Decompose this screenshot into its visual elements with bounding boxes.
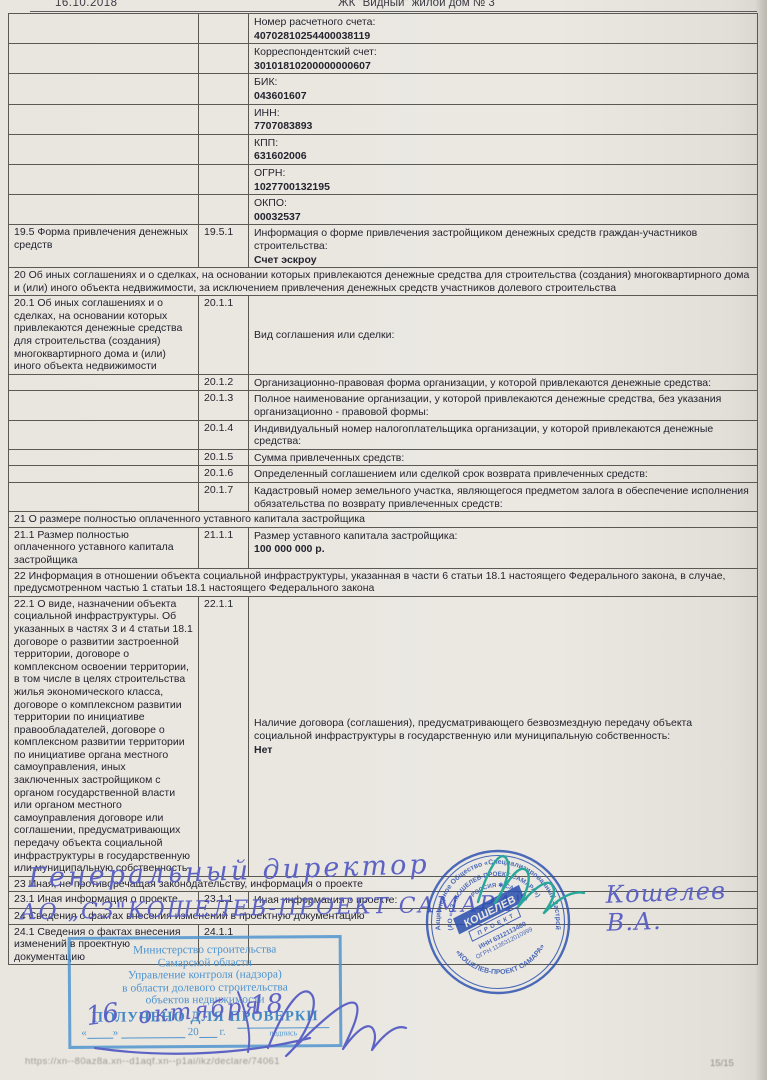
table-row: 20.1.4Индивидуальный номер налогоплатель… [9, 420, 758, 449]
header-date: 16.10.2018 [55, 0, 118, 9]
row-number-cell: 20.1.3 [199, 391, 249, 420]
row-number-cell: 22.1.1 [199, 596, 249, 876]
row-number-cell: 20.1.1 [199, 296, 249, 375]
row-title-cell [9, 195, 199, 225]
row-content-cell: Определенный соглашением или сделкой сро… [249, 466, 758, 483]
row-content-cell: БИК:043601607 [249, 74, 758, 104]
row-number-cell [199, 14, 249, 44]
row-content-cell: ОГРН:1027700132195 [249, 164, 758, 194]
document-page: { "colors":{ "paper":"#eae7e1","line":"#… [0, 0, 767, 1080]
row-content-cell: Вид соглашения или сделки: [249, 296, 758, 375]
field-label: ОГРН: [254, 167, 752, 180]
field-label: Наличие договора (соглашения), предусмат… [254, 717, 752, 742]
field-label: Информация о форме привлечения застройщи… [254, 227, 752, 252]
table-row: Номер расчетного счета:40702810254400038… [9, 14, 758, 44]
row-content-cell: Сумма привлеченных средств: [249, 449, 758, 466]
signature-caption: подпись [269, 1028, 297, 1037]
table-row: 20.1.6Определенный соглашением или сделк… [9, 466, 758, 483]
table-row: ИНН:7707083893 [9, 104, 758, 134]
row-number-cell [199, 195, 249, 225]
row-number-cell: 20.1.4 [199, 420, 249, 449]
field-label: Корреспондентский счет: [254, 46, 752, 59]
row-title-cell [9, 391, 199, 420]
field-value: 631602006 [254, 150, 752, 163]
row-content-cell: Полное наименование организации, у котор… [249, 391, 758, 420]
table-row: 21.1 Размер полностью оплаченного уставн… [9, 527, 758, 568]
row-number-cell: 20.1.7 [199, 483, 249, 512]
handwritten-day: 16 [84, 998, 121, 1032]
field-value: Нет [254, 744, 752, 757]
field-value: 40702810254400038119 [254, 30, 752, 43]
handwritten-year: 18 [249, 989, 284, 1021]
row-number-cell: 19.5.1 [199, 225, 249, 268]
row-content-cell: ИНН:7707083893 [249, 104, 758, 134]
row-title-cell [9, 466, 199, 483]
section-header-cell: 20 Об иных соглашениях и о сделках, на о… [9, 268, 758, 296]
row-content-cell: Индивидуальный номер налогоплательщика о… [249, 420, 758, 449]
section-header-cell: 22 Информация в отношении объекта социал… [9, 568, 758, 596]
ministry-received-stamp: Министерство строительства Самарской обл… [68, 935, 343, 1049]
declaration-table-body: Номер расчетного счета:40702810254400038… [9, 14, 758, 965]
row-title-cell: 20.1 Об иных соглашениях и о сделках, на… [9, 296, 199, 375]
row-content-cell: Корреспондентский счет:30101810200000000… [249, 44, 758, 74]
row-title-cell [9, 74, 199, 104]
field-label: Определенный соглашением или сделкой сро… [254, 468, 752, 481]
section-row: 20 Об иных соглашениях и о сделках, на о… [9, 268, 758, 296]
row-title-cell [9, 420, 199, 449]
field-value: 7707083893 [254, 120, 752, 133]
row-title-cell [9, 14, 199, 44]
table-row: 20.1.3Полное наименование организации, у… [9, 391, 758, 420]
row-title-cell [9, 374, 199, 391]
field-label: Индивидуальный номер налогоплательщика о… [254, 423, 752, 448]
table-row: БИК:043601607 [9, 74, 758, 104]
row-content-cell: ОКПО:00032537 [249, 195, 758, 225]
row-number-cell [199, 104, 249, 134]
year-century: 20 [188, 1026, 199, 1038]
row-title-cell: 21.1 Размер полностью оплаченного уставн… [9, 527, 199, 568]
section-header-cell: 21 О размере полностью оплаченного устав… [9, 512, 758, 528]
section-row: 22 Информация в отношении объекта социал… [9, 568, 758, 596]
table-row: 20.1.5Сумма привлеченных средств: [9, 449, 758, 466]
row-number-cell: 20.1.6 [199, 466, 249, 483]
field-value: 00032537 [254, 211, 752, 224]
row-content-cell: КПП:631602006 [249, 134, 758, 164]
table-row: 20.1 Об иных соглашениях и о сделках, на… [9, 296, 758, 375]
row-title-cell [9, 449, 199, 466]
header-rule [30, 11, 757, 12]
declaration-table: Номер расчетного счета:40702810254400038… [8, 13, 758, 965]
row-number-cell [199, 74, 249, 104]
row-number-cell [199, 164, 249, 194]
footer-url: https://xn--80az8a.xn--d1aqf.xn--p1ai/ik… [25, 1056, 280, 1067]
handwritten-signer-name: Кошелев В.А. [605, 875, 767, 937]
table-row: 22.1 О виде, назначении объекта социальн… [9, 596, 758, 876]
field-label: Номер расчетного счета: [254, 16, 752, 29]
field-label: Размер уставного капитала застройщика: [254, 530, 752, 543]
field-value: Счет эскроу [254, 254, 752, 267]
field-value: 1027700132195 [254, 181, 752, 194]
section-row: 21 О размере полностью оплаченного устав… [9, 512, 758, 528]
field-label: Полное наименование организации, у котор… [254, 393, 752, 418]
table-row: 19.5 Форма привлечения денежных средств1… [9, 225, 758, 268]
field-value: 043601607 [254, 90, 752, 103]
field-label: Вид соглашения или сделки: [254, 329, 752, 342]
row-title-cell [9, 164, 199, 194]
field-value: 30101810200000000607 [254, 60, 752, 73]
year-suffix: г. [219, 1026, 225, 1038]
field-label: КПП: [254, 137, 752, 150]
field-label: БИК: [254, 76, 752, 89]
company-round-stamp: Акционерное Общество «Специализированный… [420, 848, 576, 1000]
row-number-cell [199, 44, 249, 74]
table-row: ОКПО:00032537 [9, 195, 758, 225]
row-title-cell: 22.1 О виде, назначении объекта социальн… [9, 596, 199, 876]
row-number-cell: 20.1.5 [199, 449, 249, 466]
field-label: ОКПО: [254, 197, 752, 210]
table-row: 20.1.7Кадастровый номер земельного участ… [9, 483, 758, 512]
row-content-cell: Информация о форме привлечения застройщи… [249, 225, 758, 268]
row-content-cell: Организационно-правовая форма организаци… [249, 374, 758, 391]
field-label: Сумма привлеченных средств: [254, 452, 752, 465]
header-title: ЖК "Видный" жилой дом № 3 [338, 0, 495, 9]
field-label: Организационно-правовая форма организаци… [254, 377, 752, 390]
row-number-cell [199, 134, 249, 164]
row-number-cell: 20.1.2 [199, 374, 249, 391]
table-row: 20.1.2Организационно-правовая форма орга… [9, 374, 758, 391]
row-title-cell [9, 44, 199, 74]
row-title-cell [9, 104, 199, 134]
table-row: КПП:631602006 [9, 134, 758, 164]
table-row: Корреспондентский счет:30101810200000000… [9, 44, 758, 74]
row-number-cell: 21.1.1 [199, 527, 249, 568]
row-content-cell: Номер расчетного счета:40702810254400038… [249, 14, 758, 44]
row-content-cell: Кадастровый номер земельного участка, яв… [249, 483, 758, 512]
row-title-cell: 19.5 Форма привлечения денежных средств [9, 225, 199, 268]
row-content-cell: Размер уставного капитала застройщика:10… [249, 527, 758, 568]
field-label: Кадастровый номер земельного участка, яв… [254, 485, 752, 510]
row-title-cell [9, 134, 199, 164]
row-title-cell [9, 483, 199, 512]
row-content-cell: Наличие договора (соглашения), предусмат… [249, 596, 758, 876]
table-row: ОГРН:1027700132195 [9, 164, 758, 194]
field-value: 100 000 000 р. [254, 543, 752, 556]
field-label: ИНН: [254, 107, 752, 120]
footer-page-number: 15/15 [710, 1058, 734, 1069]
